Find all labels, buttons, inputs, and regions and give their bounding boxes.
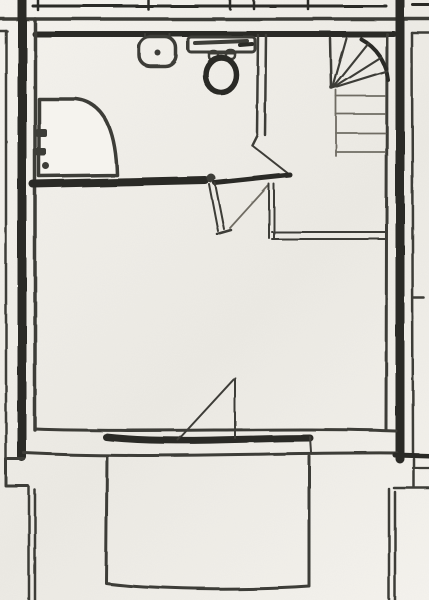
- neighbor-inner-line: [412, 33, 413, 456]
- shower-drain-icon: [43, 163, 50, 170]
- cistern-lid-line: [195, 41, 247, 43]
- shower-tap-icon: [36, 129, 47, 137]
- stair-well-left-edge: [330, 38, 331, 88]
- threshold-end-join: [310, 437, 311, 452]
- bathroom-south-wall: [33, 180, 205, 184]
- entrance-threshold-band: [106, 437, 310, 440]
- basin-drain-icon: [155, 50, 161, 56]
- cistern-detail: [240, 44, 252, 45]
- floor-plan-sheet: [0, 0, 429, 600]
- floor-plan-drawing: [0, 0, 429, 600]
- shower-tap-icon: [36, 148, 46, 156]
- bottom-inner-line: [35, 429, 396, 431]
